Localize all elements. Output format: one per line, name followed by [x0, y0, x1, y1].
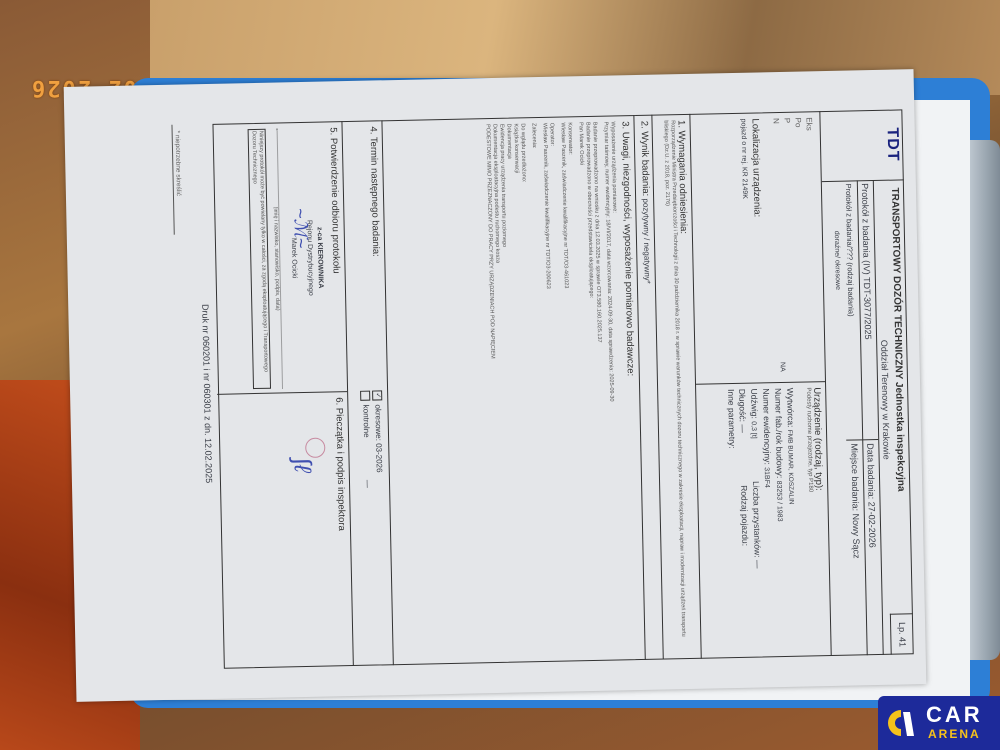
- inspector-stamp-area: 6. Pieczątka i podpis inspektora ∫ℓ: [333, 397, 349, 657]
- location-block: Lokalizacja urządzenia: pojazd o nr rej.…: [739, 118, 762, 217]
- header-office: Oddział Terenowy w Krakowie: [879, 340, 892, 460]
- protocol-document: TDT TRANSPORTOWY DOZÓR TECHNICZNY Jednos…: [162, 109, 913, 669]
- receipt-signature: ~ℳ~: [289, 208, 311, 249]
- inspector-stamp: [305, 438, 325, 458]
- checkbox-periodic[interactable]: ✓okresowe: 03-2026: [371, 390, 385, 487]
- document-header: TDT TRANSPORTOWY DOZÓR TECHNICZNY Jednos…: [819, 109, 913, 656]
- footnote: * niepotrzebne skreślić: [174, 131, 182, 197]
- receipt-confirmation: 5. Potwierdzenie odbioru protokołu z-ca …: [248, 127, 344, 389]
- checkbox-control[interactable]: kontrolne —: [359, 391, 373, 488]
- car-arena-watermark: CAR ARENA: [878, 696, 1000, 750]
- section-remarks: 3. Uwagi, niezgodności, wyposażenie pomi…: [382, 115, 645, 665]
- owner-fields: Eks Po P N: [770, 117, 814, 131]
- watermark-line1: CAR: [926, 702, 983, 728]
- watermark-line2: ARENA: [928, 727, 981, 741]
- protocol-paper: TDT TRANSPORTOWY DOZÓR TECHNICZNY Jednos…: [64, 69, 927, 702]
- header-title: TRANSPORTOWY DOZÓR TECHNICZNY Jednostka …: [889, 187, 906, 491]
- print-info: Druk nr 060201 i nr 060301 z dn. 12.02.2…: [200, 304, 214, 483]
- protocol-type-value: doraźne/ okresowe: [833, 231, 841, 290]
- lp-number: Lp. 41: [890, 613, 914, 654]
- section-signatures: 5. Potwierdzenie odbioru protokołu z-ca …: [212, 121, 353, 669]
- tdt-logo: TDT: [820, 109, 903, 182]
- device-section: Eks Po P N NA Lokalizacja urządzenia: po…: [690, 111, 831, 659]
- device-details: Urządzenie (rodzaj, typ): Podesty ruchom…: [725, 387, 828, 654]
- car-arena-logo-icon: [888, 708, 914, 738]
- inspector-signature: ∫ℓ: [287, 458, 315, 473]
